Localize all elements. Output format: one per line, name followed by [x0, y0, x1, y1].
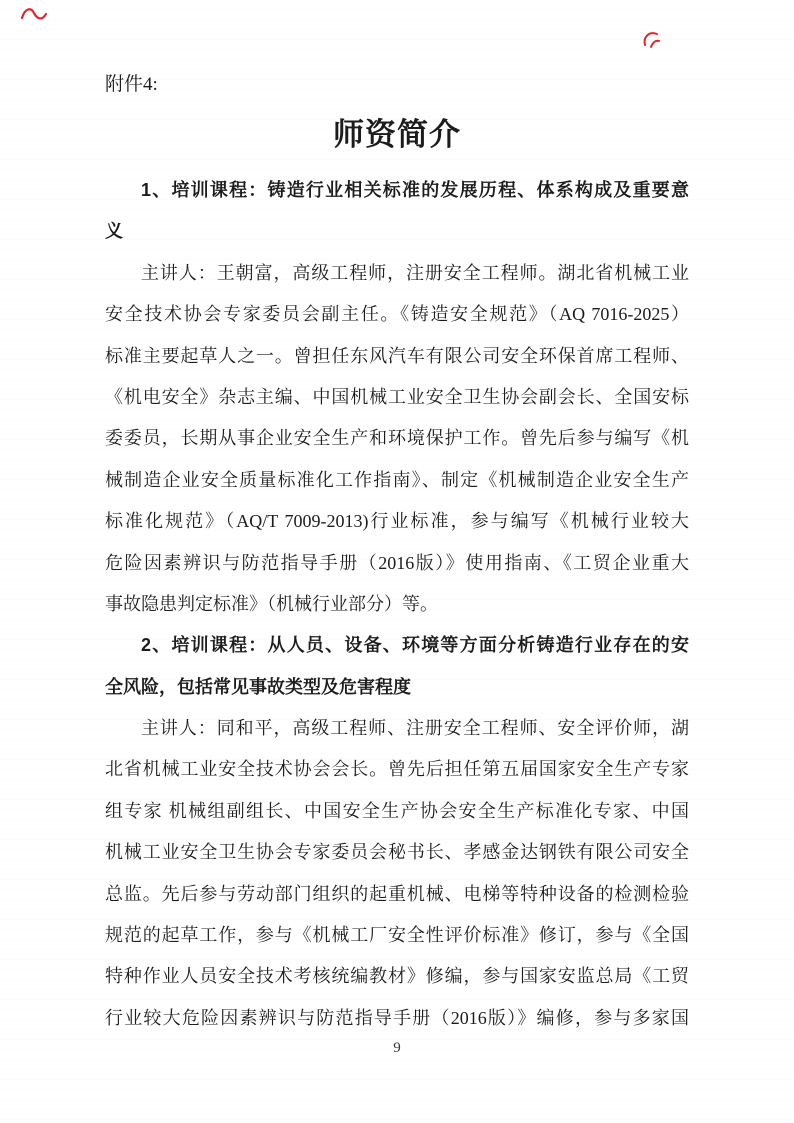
heading-line: 全风险，包括常见事故类型及危害程度 [105, 667, 689, 708]
body-line: 行业较大危险因素辨识与防范指导手册（2016版）》编修，参与多家国 [105, 998, 689, 1039]
body-line: 北省机械工业安全技术协会会长。曾先后担任第五届国家安全生产专家 [105, 749, 689, 790]
body-line: 主讲人：同和平，高级工程师、注册安全工程师、安全评价师，湖 [105, 708, 689, 749]
body-line: 械制造企业安全质量标准化工作指南》、制定《机械制造企业安全生产 [105, 460, 689, 501]
document-page: 附件4: 师资简介 1、培训课程：铸造行业相关标准的发展历程、体系构成及重要意义… [0, 0, 794, 1123]
heading-line: 1、培训课程：铸造行业相关标准的发展历程、体系构成及重要意 [105, 170, 689, 211]
body-line: 特种作业人员安全技术考核统编教材》修编，参与国家安监总局《工贸 [105, 956, 689, 997]
body-line: 组专家 机械组副组长、中国安全生产协会安全生产标准化专家、中国 [105, 791, 689, 832]
attachment-label: 附件4: [105, 66, 689, 104]
body-line: 事故隐患判定标准》（机械行业部分）等。 [105, 584, 689, 625]
body-line: 规范的起草工作，参与《机械工厂安全性评价标准》修订，参与《全国 [105, 915, 689, 956]
heading-line: 2、培训课程：从人员、设备、环境等方面分析铸造行业存在的安 [105, 625, 689, 666]
body-line: 安全技术协会专家委员会副主任。《铸造安全规范》（AQ 7016-2025） [105, 294, 689, 335]
body-line: 委委员，长期从事企业安全生产和环境保护工作。曾先后参与编写《机 [105, 418, 689, 459]
body-line: 主讲人：王朝富，高级工程师，注册安全工程师。湖北省机械工业 [105, 253, 689, 294]
red-ink-mark-left [20, 5, 48, 23]
body-line: 总监。先后参与劳动部门组织的起重机械、电梯等特种设备的检测检验 [105, 874, 689, 915]
document-body: 1、培训课程：铸造行业相关标准的发展历程、体系构成及重要意义主讲人：王朝富，高级… [105, 170, 689, 1039]
body-line: 危险因素辨识与防范指导手册（2016版）》使用指南、《工贸企业重大 [105, 543, 689, 584]
heading-line: 义 [105, 211, 689, 252]
page-number: 9 [0, 1040, 794, 1057]
body-line: 标准主要起草人之一。曾担任东风汽车有限公司安全环保首席工程师、 [105, 336, 689, 377]
red-ink-mark-right [641, 28, 661, 50]
page-title: 师资简介 [105, 108, 689, 162]
body-line: 机械工业安全卫生协会专家委员会秘书长、孝感金达钢铁有限公司安全 [105, 832, 689, 873]
document-content: 附件4: 师资简介 1、培训课程：铸造行业相关标准的发展历程、体系构成及重要意义… [105, 66, 689, 1039]
body-line: 标准化规范》（AQ/T 7009-2013)行业标准，参与编写《机械行业较大 [105, 501, 689, 542]
body-line: 《机电安全》杂志主编、中国机械工业安全卫生协会副会长、全国安标 [105, 377, 689, 418]
